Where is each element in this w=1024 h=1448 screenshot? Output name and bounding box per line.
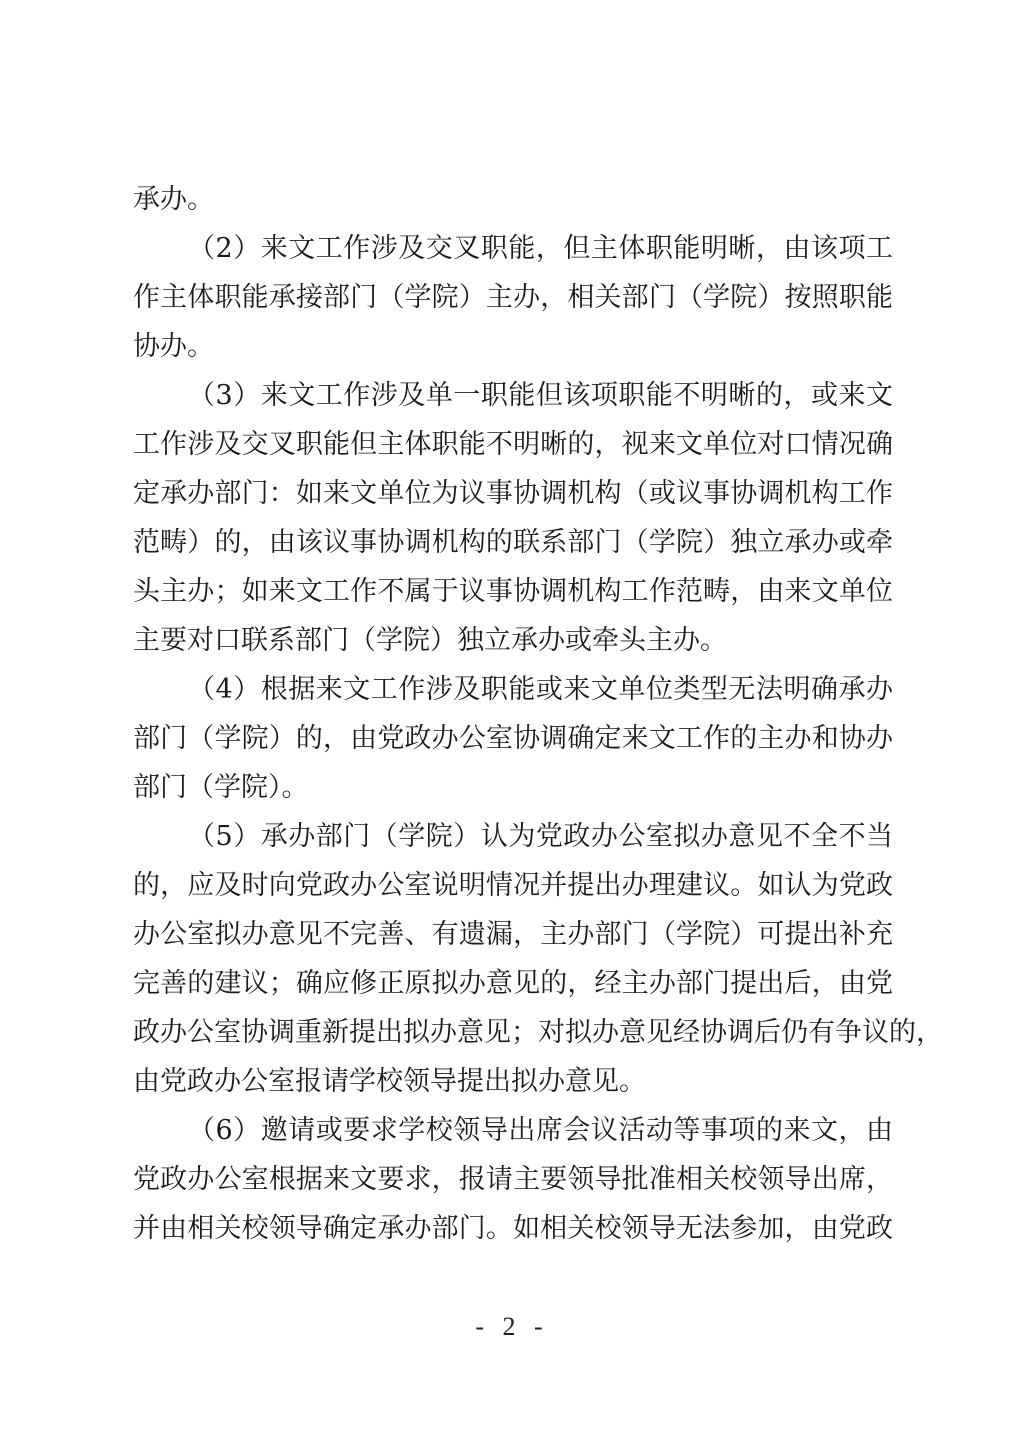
item-5-line-4: 完善的建议；确应修正原拟办意见的，经主办部门提出后，由党 xyxy=(133,964,893,1004)
item-3-line-3: 定承办部门：如来文单位为议事协调机构（或议事协调机构工作 xyxy=(133,474,893,514)
item-5-line-5: 政办公室协调重新提出拟办意见；对拟办意见经协调后仍有争议的， xyxy=(133,1013,893,1053)
item-5-line-3: 办公室拟办意见不完善、有遗漏，主办部门（学院）可提出补充 xyxy=(133,915,893,955)
item-2-line-2: 作主体职能承接部门（学院）主办，相关部门（学院）按照职能 xyxy=(133,278,893,318)
paragraph-continuation-line: 承办。 xyxy=(133,180,893,220)
item-2-line-3: 协办。 xyxy=(133,327,893,367)
item-3-line-6: 主要对口联系部门（学院）独立承办或牵头主办。 xyxy=(133,621,893,661)
page-number: - 2 - xyxy=(0,1312,1024,1342)
item-6-line-1: （6）邀请或要求学校领导出席会议活动等事项的来文，由 xyxy=(188,1111,893,1151)
item-3-line-4: 范畴）的，由该议事协调机构的联系部门（学院）独立承办或牵 xyxy=(133,523,893,563)
item-3-line-1: （3）来文工作涉及单一职能但该项职能不明晰的，或来文 xyxy=(188,376,893,416)
item-5-line-2: 的，应及时向党政办公室说明情况并提出办理建议。如认为党政 xyxy=(133,866,893,906)
item-6-line-2: 党政办公室根据来文要求，报请主要领导批准相关校领导出席， xyxy=(133,1160,893,1200)
item-3-line-2: 工作涉及交叉职能但主体职能不明晰的，视来文单位对口情况确 xyxy=(133,425,893,465)
item-4-line-3: 部门（学院）。 xyxy=(133,768,893,808)
item-3-line-5: 头主办；如来文工作不属于议事协调机构工作范畴，由来文单位 xyxy=(133,572,893,612)
item-4-line-2: 部门（学院）的，由党政办公室协调确定来文工作的主办和协办 xyxy=(133,719,893,759)
item-4-line-1: （4）根据来文工作涉及职能或来文单位类型无法明确承办 xyxy=(188,670,893,710)
item-5-line-1: （5）承办部门（学院）认为党政办公室拟办意见不全不当 xyxy=(188,817,893,857)
item-6-line-3: 并由相关校领导确定承办部门。如相关校领导无法参加，由党政 xyxy=(133,1209,893,1249)
document-page: 承办。 （2）来文工作涉及交叉职能，但主体职能明晰，由该项工 作主体职能承接部门… xyxy=(0,0,1024,1448)
item-5-line-6: 由党政办公室报请学校领导提出拟办意见。 xyxy=(133,1062,893,1102)
item-2-line-1: （2）来文工作涉及交叉职能，但主体职能明晰，由该项工 xyxy=(188,229,893,269)
